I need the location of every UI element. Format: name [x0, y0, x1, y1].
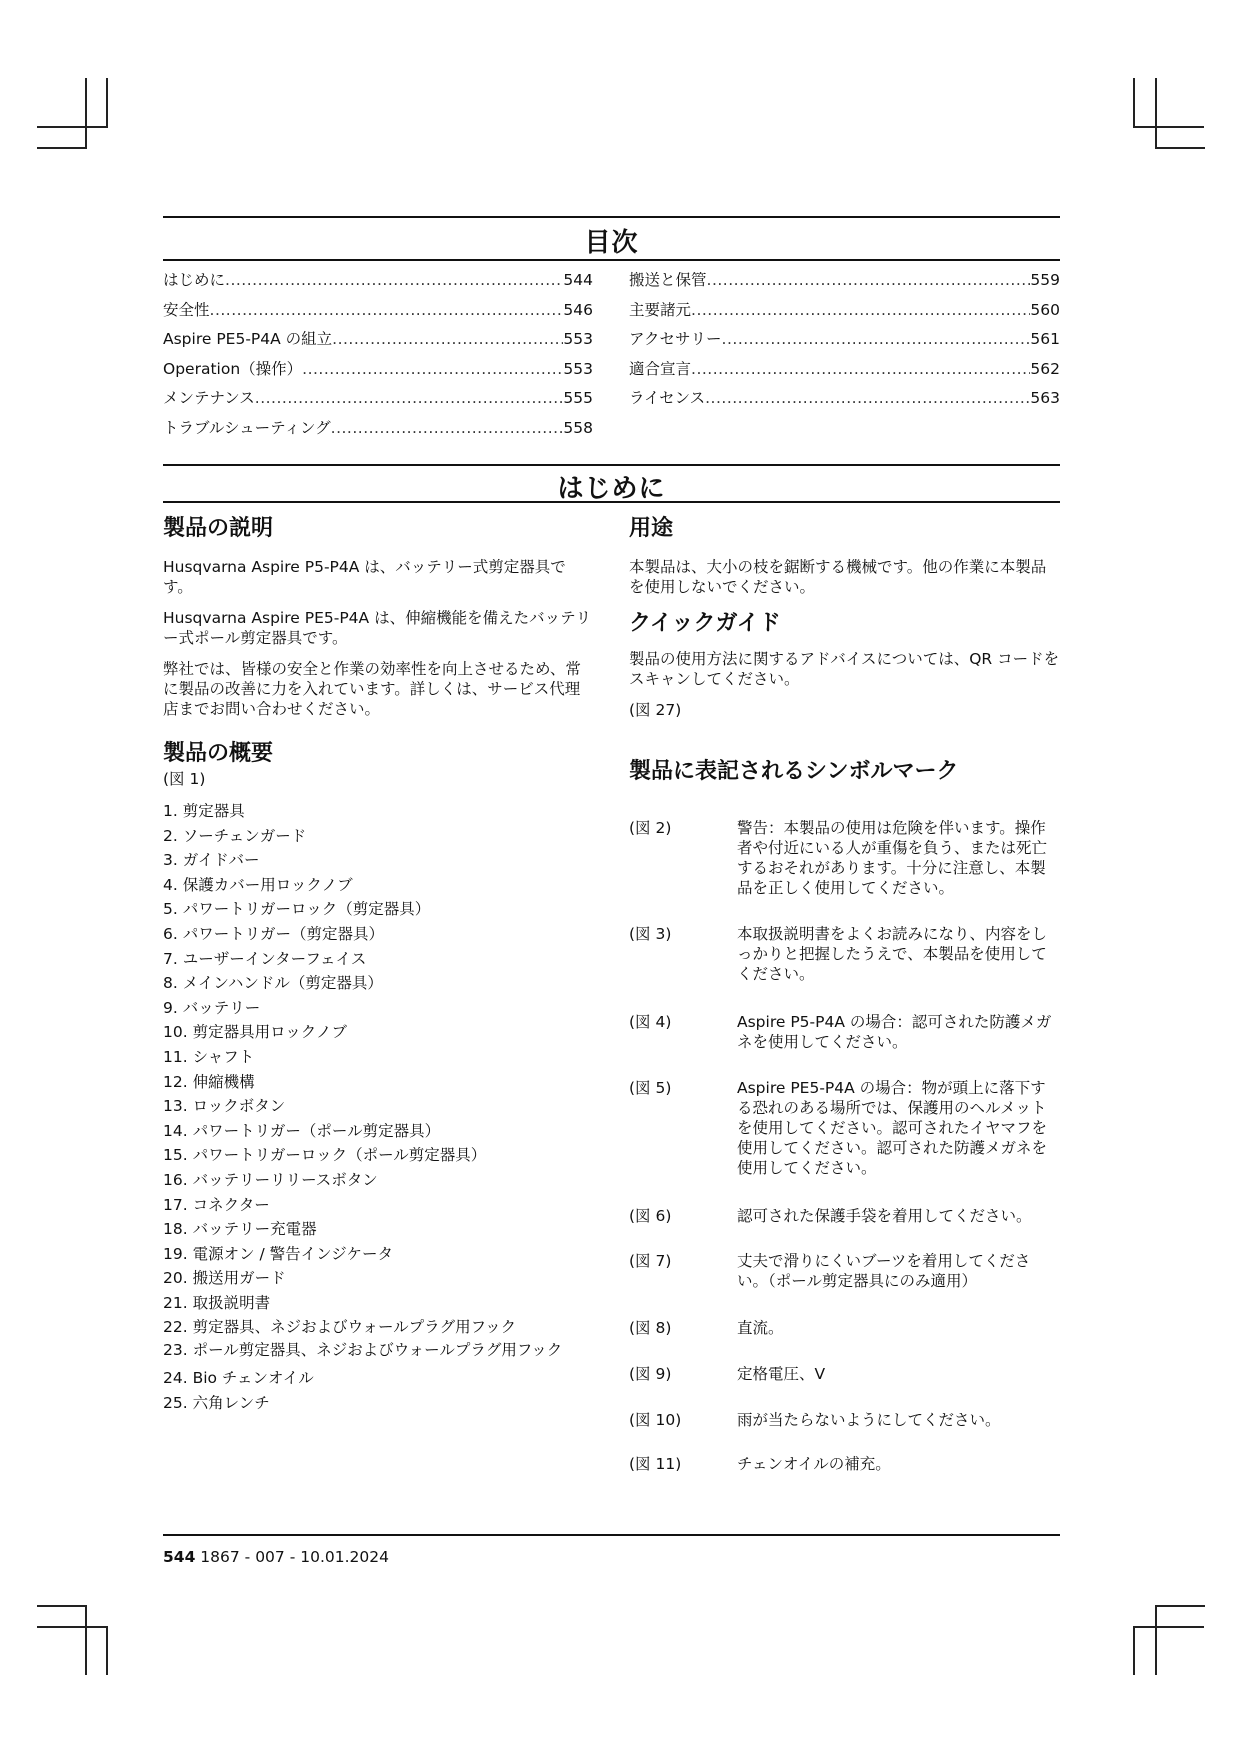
toc-entry[interactable]: アクセサリー561: [629, 327, 1060, 357]
symbol-description: 本取扱説明書をよくお読みになり、内容をしっかりと把握したうえで、本製品を使用して…: [737, 924, 1059, 984]
intended-use-heading: 用途: [629, 514, 1060, 544]
list-item: 20. 搬送用ガード: [163, 1266, 593, 1291]
footer-rule: [163, 1534, 1060, 1536]
symbol-description: Aspire PE5-P4A の場合：物が頭上に落下する恐れのある場所では、保護…: [737, 1078, 1059, 1178]
list-item: 6. パワートリガー（剪定器具）: [163, 922, 593, 947]
symbol-description: 警告：本製品の使用は危険を伴います。操作者や付近にいる人が重傷を負う、または死亡…: [737, 818, 1059, 898]
symbol-figure-ref: (図 6): [629, 1206, 737, 1226]
footer: 544 1867 - 007 - 10.01.2024: [163, 1548, 389, 1566]
product-description-p2: Husqvarna Aspire PE5-P4A は、伸縮機能を備えたバッテリー…: [163, 608, 593, 648]
symbol-row: (図 6) 認可された保護手袋を着用してください。: [629, 1206, 1059, 1226]
symbol-row: (図 3) 本取扱説明書をよくお読みになり、内容をしっかりと把握したうえで、本製…: [629, 924, 1059, 984]
symbol-row: (図 5) Aspire PE5-P4A の場合：物が頭上に落下する恐れのある場…: [629, 1078, 1059, 1178]
list-item: 13. ロックボタン: [163, 1094, 593, 1119]
list-item: 7. ユーザーインターフェイス: [163, 947, 593, 972]
toc-entry[interactable]: 搬送と保管559: [629, 268, 1060, 298]
list-item: 2. ソーチェンガード: [163, 824, 593, 849]
symbol-figure-ref: (図 5): [629, 1078, 737, 1178]
symbol-row: (図 11) チェンオイルの補充。: [629, 1454, 1059, 1474]
list-item: 23. ポール剪定器具、ネジおよびウォールプラグ用フック: [163, 1341, 593, 1360]
symbol-row: (図 4) Aspire P5-P4A の場合：認可された防護メガネを使用してく…: [629, 1012, 1059, 1052]
symbol-row: (図 8) 直流。: [629, 1318, 1059, 1338]
list-item: 4. 保護カバー用ロックノブ: [163, 873, 593, 898]
toc-left-column: はじめに544 安全性546 Aspire PE5-P4A の組立553 Ope…: [163, 268, 593, 445]
list-item: 1. 剪定器具: [163, 799, 593, 824]
symbol-description: チェンオイルの補充。: [737, 1454, 1059, 1474]
toc-entry[interactable]: Aspire PE5-P4A の組立553: [163, 327, 593, 357]
intro-bottom-rule: [163, 501, 1060, 503]
quick-guide-text: 製品の使用方法に関するアドバイスについては、QR コードをスキャンしてください。: [629, 649, 1060, 689]
quick-guide-figure-ref: (図 27): [629, 700, 1060, 720]
symbol-description: 雨が当たらないようにしてください。: [737, 1410, 1059, 1430]
toc-top-rule: [163, 216, 1060, 218]
toc-entry[interactable]: トラブルシューティング558: [163, 416, 593, 446]
footer-doc-info: 1867 - 007 - 10.01.2024: [200, 1548, 389, 1566]
product-description-p1: Husqvarna Aspire P5-P4A は、バッテリー式剪定器具です。: [163, 557, 593, 597]
list-item: 8. メインハンドル（剪定器具）: [163, 971, 593, 996]
product-overview-figure-ref: (図 1): [163, 769, 593, 789]
toc-entry[interactable]: Operation（操作）553: [163, 357, 593, 387]
toc-entry[interactable]: 安全性546: [163, 298, 593, 328]
symbol-description: 直流。: [737, 1318, 1059, 1338]
toc-title: 目次: [163, 222, 1060, 259]
toc-entry[interactable]: メンテナンス555: [163, 386, 593, 416]
list-item: 22. 剪定器具、ネジおよびウォールプラグ用フック: [163, 1315, 593, 1340]
right-column: 用途 本製品は、大小の枝を鋸断する機械です。他の作業に本製品を使用しないでくださ…: [629, 514, 1060, 787]
list-item: 14. パワートリガー（ポール剪定器具）: [163, 1119, 593, 1144]
list-item: 17. コネクター: [163, 1193, 593, 1218]
toc-bottom-rule: [163, 259, 1060, 261]
product-overview-heading: 製品の概要: [163, 739, 593, 769]
symbol-row: (図 7) 丈夫で滑りにくいブーツを着用してください。（ポール剪定器具にのみ適用…: [629, 1251, 1059, 1291]
intro-title: はじめに: [163, 468, 1060, 505]
product-description-p3: 弊社では、皆様の安全と作業の効率性を向上させるため、常に製品の改善に力を入れてい…: [163, 659, 593, 719]
symbol-description: 丈夫で滑りにくいブーツを着用してください。（ポール剪定器具にのみ適用）: [737, 1251, 1059, 1291]
symbol-figure-ref: (図 8): [629, 1318, 737, 1338]
toc-entry[interactable]: ライセンス563: [629, 386, 1060, 416]
list-item: 3. ガイドバー: [163, 848, 593, 873]
toc-entry[interactable]: 適合宣言562: [629, 357, 1060, 387]
footer-page-number: 544: [163, 1548, 195, 1566]
list-item: 5. パワートリガーロック（剪定器具）: [163, 897, 593, 922]
product-overview-list: 1. 剪定器具 2. ソーチェンガード 3. ガイドバー 4. 保護カバー用ロッ…: [163, 799, 593, 1415]
list-item: 10. 剪定器具用ロックノブ: [163, 1020, 593, 1045]
symbol-description: 定格電圧、V: [737, 1364, 1059, 1384]
symbol-description: 認可された保護手袋を着用してください。: [737, 1206, 1059, 1226]
toc-entry[interactable]: はじめに544: [163, 268, 593, 298]
list-item: 11. シャフト: [163, 1045, 593, 1070]
symbol-description: Aspire P5-P4A の場合：認可された防護メガネを使用してください。: [737, 1012, 1059, 1052]
list-item: 21. 取扱説明書: [163, 1291, 593, 1316]
intended-use-text: 本製品は、大小の枝を鋸断する機械です。他の作業に本製品を使用しないでください。: [629, 557, 1060, 597]
list-item: 18. バッテリー充電器: [163, 1217, 593, 1242]
symbol-row: (図 10) 雨が当たらないようにしてください。: [629, 1410, 1059, 1430]
symbol-figure-ref: (図 7): [629, 1251, 737, 1291]
symbol-figure-ref: (図 10): [629, 1410, 737, 1430]
symbol-figure-ref: (図 9): [629, 1364, 737, 1384]
symbol-row: (図 2) 警告：本製品の使用は危険を伴います。操作者や付近にいる人が重傷を負う…: [629, 818, 1059, 898]
list-item: 9. バッテリー: [163, 996, 593, 1021]
product-description-heading: 製品の説明: [163, 514, 593, 544]
list-item: 25. 六角レンチ: [163, 1391, 593, 1416]
symbol-row: (図 9) 定格電圧、V: [629, 1364, 1059, 1384]
symbols-heading: 製品に表記されるシンボルマーク: [629, 757, 1060, 787]
list-item: 19. 電源オン / 警告インジケータ: [163, 1242, 593, 1267]
symbol-figure-ref: (図 2): [629, 818, 737, 898]
quick-guide-heading: クイックガイド: [629, 609, 1060, 639]
left-column: 製品の説明 Husqvarna Aspire P5-P4A は、バッテリー式剪定…: [163, 514, 593, 1415]
toc-right-column: 搬送と保管559 主要諸元560 アクセサリー561 適合宣言562 ライセンス…: [629, 268, 1060, 416]
list-item: 12. 伸縮機構: [163, 1070, 593, 1095]
symbol-figure-ref: (図 4): [629, 1012, 737, 1052]
toc-entry[interactable]: 主要諸元560: [629, 298, 1060, 328]
symbol-figure-ref: (図 3): [629, 924, 737, 984]
intro-top-rule: [163, 464, 1060, 466]
list-item: 15. パワートリガーロック（ポール剪定器具）: [163, 1143, 593, 1168]
list-item: 16. バッテリーリリースボタン: [163, 1168, 593, 1193]
list-item: 24. Bio チェンオイル: [163, 1366, 593, 1391]
symbol-figure-ref: (図 11): [629, 1454, 737, 1474]
